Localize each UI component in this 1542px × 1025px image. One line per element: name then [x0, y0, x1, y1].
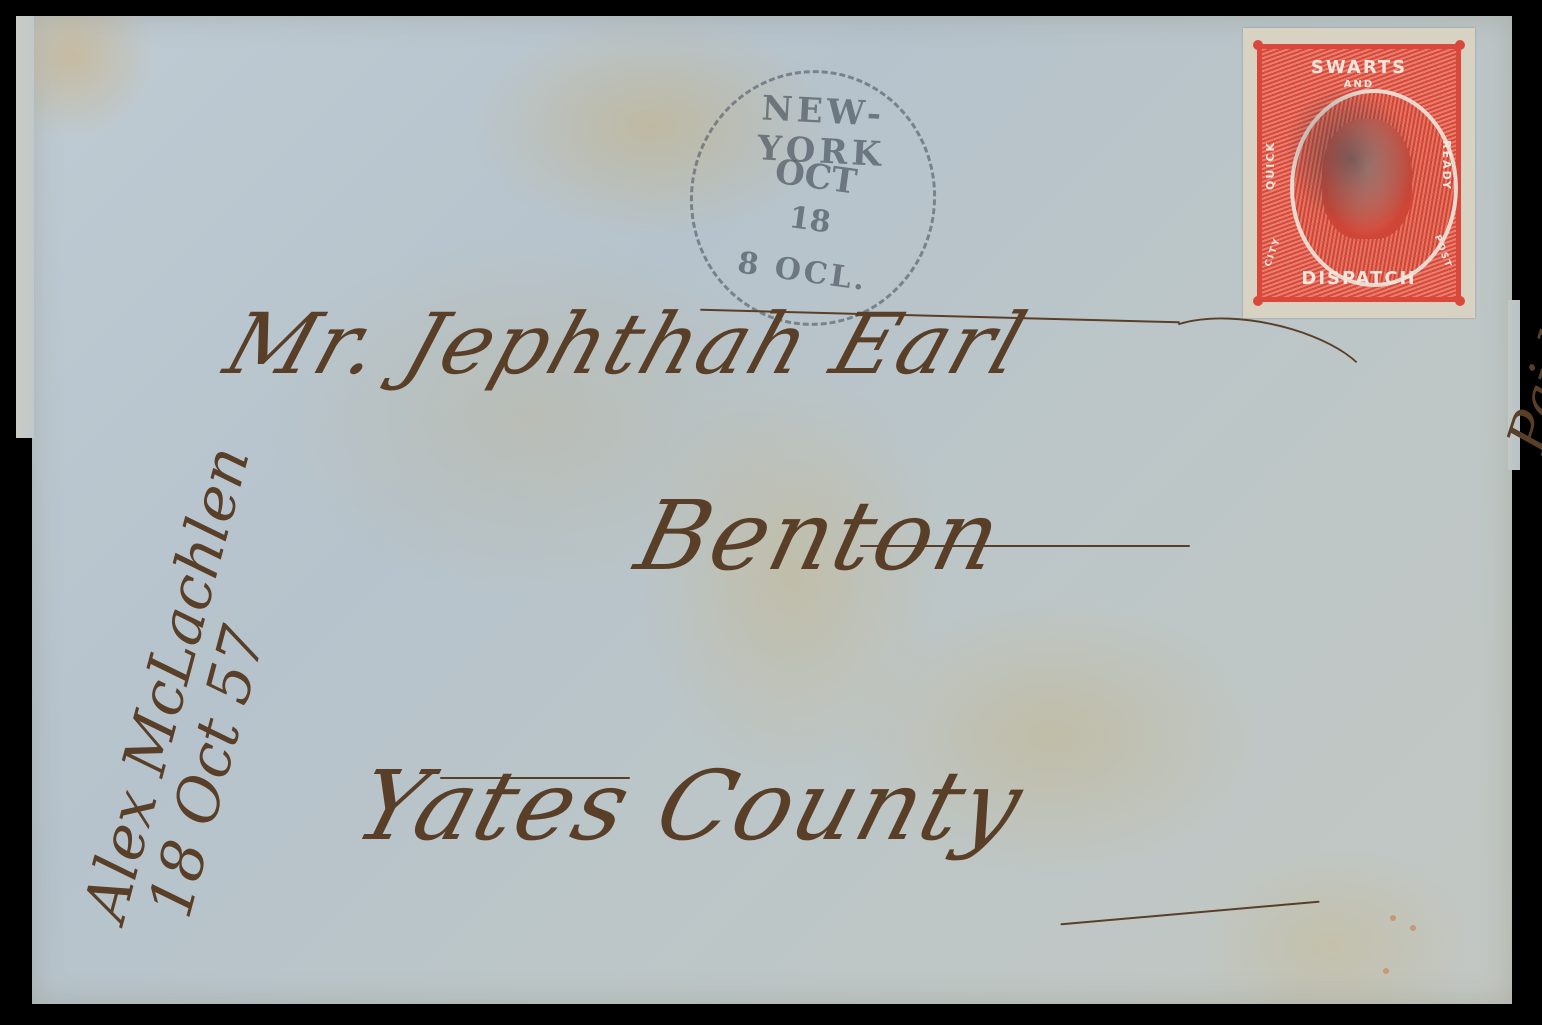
stamp-corner-dot: [1253, 40, 1263, 50]
postage-stamp: SWARTS AND QUICK READY CITY POST DISPATC…: [1243, 28, 1475, 318]
stamp-corner-dot: [1253, 296, 1263, 306]
foxing-spot: [1410, 925, 1416, 931]
foxing-spot: [1383, 968, 1389, 974]
address-town: Benton: [626, 480, 1013, 592]
addressee-name: Mr. Jephthah Earl: [214, 295, 1039, 393]
stamp-corner-dot: [1455, 296, 1465, 306]
foxing-spot: [1390, 915, 1396, 921]
pen-flourish: [860, 545, 1190, 547]
stamp-lower-left-label: CITY: [1263, 236, 1283, 268]
stamp-corner-dot: [1455, 40, 1465, 50]
stamp-bottom-label: DISPATCH: [1262, 268, 1456, 289]
address-county: Yates County: [344, 750, 1036, 862]
stamp-left-label: QUICK: [1264, 141, 1277, 190]
stamp-frame: SWARTS AND QUICK READY CITY POST DISPATC…: [1257, 44, 1461, 302]
stamp-right-label: READY: [1440, 140, 1453, 191]
pen-flourish: [440, 777, 630, 779]
folded-flap-edge: [16, 16, 34, 438]
